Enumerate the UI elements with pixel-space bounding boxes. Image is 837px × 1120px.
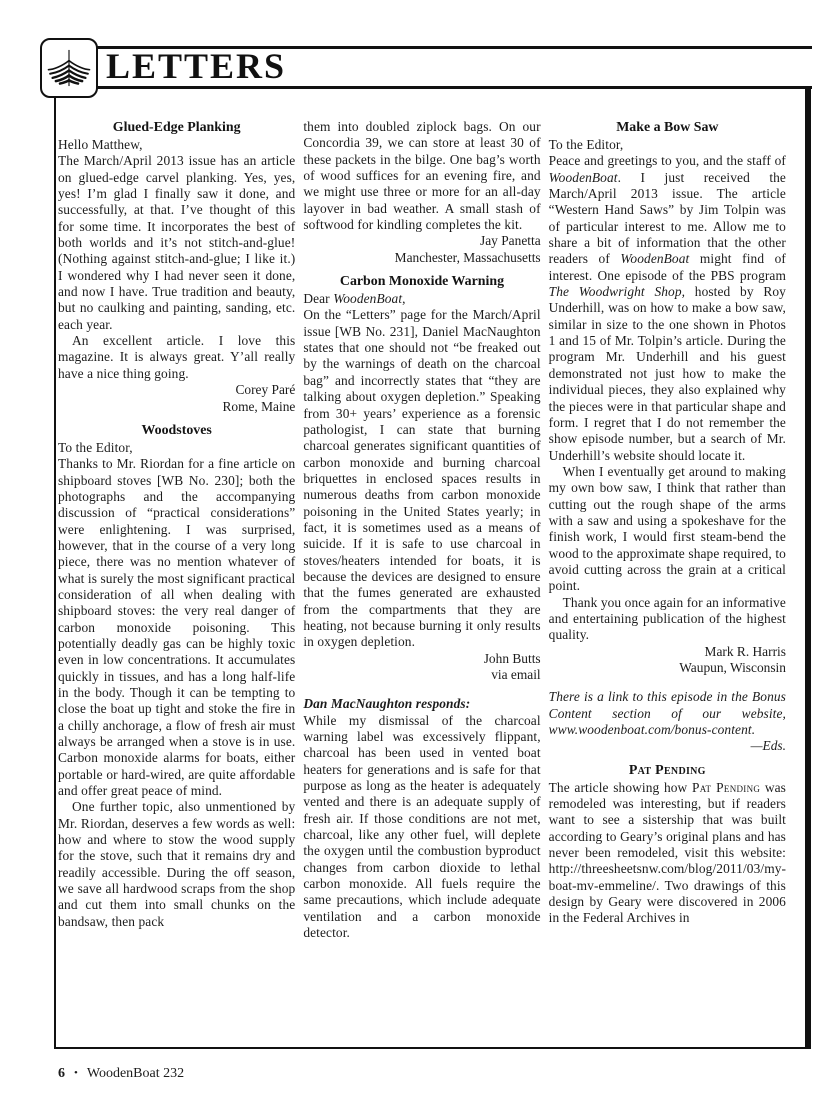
- column-1: Glued-Edge PlankingHello Matthew,The Mar…: [58, 119, 295, 1045]
- signature-line: Jay Panetta: [303, 233, 540, 249]
- text-segment: When I eventually get around to making m…: [549, 464, 786, 593]
- page-title: LETTERS: [106, 47, 286, 85]
- page-footer: 6•WoodenBoat 232: [58, 1066, 184, 1082]
- text-segment-italic: WoodenBoat: [620, 251, 689, 266]
- text-segment: Dan MacNaughton responds:: [303, 696, 470, 711]
- column-3: Make a Bow SawTo the Editor,Peace and gr…: [549, 119, 786, 1045]
- bottom-rule: [54, 1047, 811, 1049]
- text-segment: The March/April 2013 issue has an articl…: [58, 153, 295, 331]
- text-segment: them into doubled ziplock bags. On our C…: [303, 119, 540, 232]
- text-segment: One further topic, also unmentioned by M…: [58, 799, 295, 928]
- text-segment-italic: WoodenBoat: [549, 170, 618, 185]
- letters-columns: Glued-Edge PlankingHello Matthew,The Mar…: [58, 119, 786, 1045]
- letter-heading: Woodstoves: [58, 422, 295, 439]
- magazine-title: WoodenBoat 232: [87, 1066, 184, 1081]
- right-margin-rule: [805, 89, 811, 1049]
- letter-paragraph: One further topic, also unmentioned by M…: [58, 799, 295, 930]
- text-segment: An excellent article. I love this magazi…: [58, 333, 295, 381]
- letter-paragraph: them into doubled ziplock bags. On our C…: [303, 119, 540, 233]
- letter-signature: Corey ParéRome, Maine: [58, 382, 295, 415]
- letter-paragraph: When I eventually get around to making m…: [549, 464, 786, 595]
- signature-line: Rome, Maine: [58, 399, 295, 415]
- text-segment: Thank you once again for an informative …: [549, 595, 786, 643]
- letter-signature: Mark R. HarrisWaupun, Wisconsin: [549, 644, 786, 677]
- signature-line: Waupun, Wisconsin: [549, 660, 786, 676]
- footer-separator: •: [74, 1067, 78, 1079]
- woodenboat-logo: [40, 38, 98, 98]
- text-segment-smallcaps: Pat Pending: [692, 780, 760, 795]
- letter-signature: Jay PanettaManchester, Massachusetts: [303, 233, 540, 266]
- text-segment: While my dismissal of the charcoal warni…: [303, 713, 540, 940]
- left-margin-rule: [54, 94, 56, 1047]
- letter-paragraph: To the Editor,: [549, 137, 786, 153]
- letter-paragraph: Hello Matthew,: [58, 137, 295, 153]
- magazine-page: { "colors": { "ink": "#1c1c1c", "rule": …: [0, 0, 837, 1120]
- letter-heading: Glued-Edge Planking: [58, 119, 295, 136]
- signature-line: Corey Paré: [58, 382, 295, 398]
- column-2: them into doubled ziplock bags. On our C…: [303, 119, 540, 1045]
- text-segment: Dear: [303, 291, 333, 306]
- header-rule-bottom: [95, 86, 812, 89]
- text-segment-italic: The Woodwright Shop,: [549, 284, 685, 299]
- text-segment: To the Editor,: [549, 137, 624, 152]
- letter-paragraph: Dear WoodenBoat,: [303, 291, 540, 307]
- letter-paragraph: While my dismissal of the charcoal warni…: [303, 713, 540, 942]
- signature-line: via email: [303, 667, 540, 683]
- text-segment: To the Editor,: [58, 440, 133, 455]
- text-segment: Peace and greetings to you, and the staf…: [549, 153, 786, 168]
- text-segment: Thanks to Mr. Riordan for a fine article…: [58, 456, 295, 798]
- text-segment: On the “Letters” page for the March/Apri…: [303, 307, 540, 649]
- signature-line: Manchester, Massachusetts: [303, 250, 540, 266]
- text-segment-italic: WoodenBoat: [333, 291, 402, 306]
- letter-heading: Make a Bow Saw: [549, 119, 786, 136]
- letter-signature: John Buttsvia email: [303, 651, 540, 684]
- text-segment: The article showing how: [549, 780, 692, 795]
- letter-paragraph: Thanks to Mr. Riordan for a fine article…: [58, 456, 295, 799]
- text-segment: There is a link to this episode in the B…: [549, 689, 786, 737]
- letter-paragraph: To the Editor,: [58, 440, 295, 456]
- letter-paragraph: There is a link to this episode in the B…: [549, 689, 786, 738]
- page-header: LETTERS: [40, 38, 812, 96]
- text-segment: was remodeled was interesting, but if re…: [549, 780, 786, 926]
- signature-line: Mark R. Harris: [549, 644, 786, 660]
- letter-signature: —Eds.: [549, 738, 786, 754]
- hull-lines-icon: [46, 44, 92, 92]
- letter-heading: Carbon Monoxide Warning: [303, 273, 540, 290]
- text-segment: ,: [402, 291, 405, 306]
- text-segment: hosted by Roy Underhill, was on how to m…: [549, 284, 786, 462]
- letter-paragraph: An excellent article. I love this magazi…: [58, 333, 295, 382]
- letter-paragraph: Dan MacNaughton responds:: [303, 696, 540, 712]
- text-segment: Hello Matthew,: [58, 137, 143, 152]
- letter-paragraph: The article showing how Pat Pending was …: [549, 780, 786, 927]
- letter-paragraph: Thank you once again for an informative …: [549, 595, 786, 644]
- signature-line: —Eds.: [549, 738, 786, 754]
- letter-paragraph: The March/April 2013 issue has an articl…: [58, 153, 295, 333]
- letter-heading: Pat Pending: [549, 762, 786, 779]
- letter-paragraph: Peace and greetings to you, and the staf…: [549, 153, 786, 464]
- letter-paragraph: On the “Letters” page for the March/Apri…: [303, 307, 540, 650]
- page-number: 6: [58, 1066, 65, 1081]
- signature-line: John Butts: [303, 651, 540, 667]
